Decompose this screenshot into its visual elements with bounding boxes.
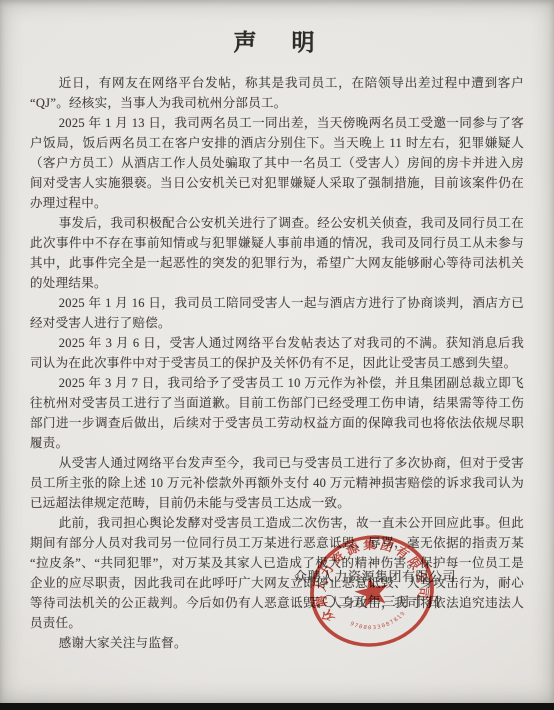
paragraph: 感谢大家关注与监督。 — [30, 633, 524, 653]
paragraph: 事发后，我司积极配合公安机关进行了调查。经公安机关侦查，我司及同行员工在此次事件… — [30, 213, 524, 293]
page-title: 声 明 — [0, 24, 554, 57]
document-body: 近日，有网友在网络平台发帖，称其是我司员工，在陪领导出差过程中遭到客户“QJ”。… — [0, 73, 554, 653]
paragraph: 2025 年 1 月 16 日，我司员工陪同受害人一起与酒店方进行了协商谈判，酒… — [30, 293, 524, 333]
statement-document: 声 明 近日，有网友在网络平台发帖，称其是我司员工，在陪领导出差过程中遭到客户“… — [0, 0, 554, 703]
signature-block: 众聘人力资源集团有限公司 二〇二五年三月十日 — [294, 566, 456, 610]
paragraph: 2025 年 3 月 7 日，我司给予了受害员工 10 万元作为补偿，并且集团副… — [30, 373, 524, 453]
paragraph: 2025 年 3 月 6 日，受害人通过网络平台发帖表达了对我司的不满。获知消息… — [30, 333, 524, 373]
paragraph: 从受害人通过网络平台发声至今，我司已与受害员工进行了多次协商，但对于受害员工所主… — [30, 453, 524, 513]
paragraph: 近日，有网友在网络平台发帖，称其是我司员工，在陪领导出差过程中遭到客户“QJ”。… — [30, 73, 524, 113]
paragraph: 2025 年 1 月 13 日，我司两名员工一同出差，当天傍晚两名员工受邀一同参… — [30, 113, 524, 213]
company-name: 众聘人力资源集团有限公司 — [294, 566, 456, 585]
signature-date: 二〇二五年三月十日 — [294, 591, 456, 610]
